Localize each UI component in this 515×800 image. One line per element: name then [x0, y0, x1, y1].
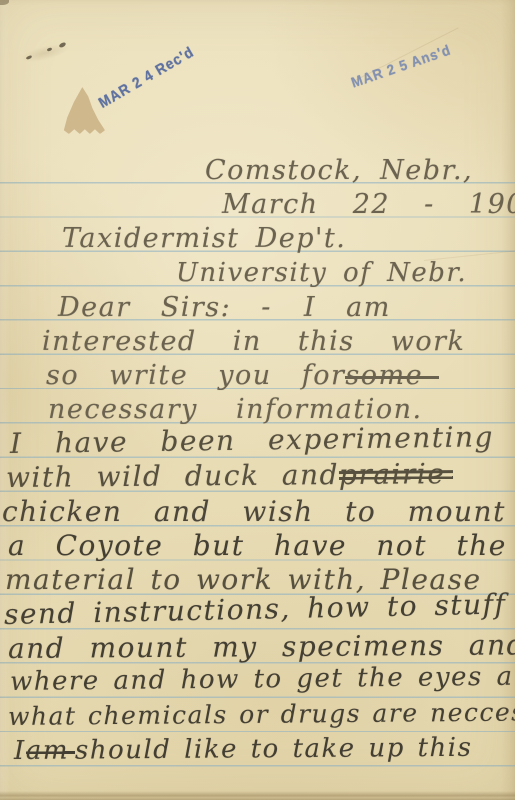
handwritten-line: March 22 - 1903	[222, 189, 515, 220]
handwritten-text: March 22 - 1903	[222, 189, 515, 220]
handwritten-text: Taxidermist Dep't.	[62, 223, 346, 254]
handwritten-line: Comstock, Nebr.,	[205, 155, 473, 186]
struck-word: prairie	[339, 457, 454, 491]
handwritten-line: I have been experimenting	[10, 420, 494, 460]
handwritten-line: University of Nebr.	[176, 258, 467, 288]
handwritten-line: chicken and wish to mount	[2, 495, 506, 528]
struck-word: am	[26, 736, 75, 766]
handwritten-text: necessary information.	[48, 394, 423, 425]
handwritten-line: interested in this work	[42, 326, 465, 357]
handwritten-text: I am	[304, 292, 391, 323]
struck-word: some	[345, 360, 439, 391]
handwritten-line: what chemicals or drugs are neccessary	[8, 697, 515, 731]
letter-scan-page: MAR 2 4 Rec'd MAR 2 5 Ans'd Comstock, Ne…	[0, 0, 515, 800]
handwritten-line: and mount my specimens and	[8, 628, 515, 665]
handwritten-text: where and how to get the eyes and	[10, 661, 515, 697]
handwritten-text: I have been experimenting	[10, 420, 494, 460]
handwriting-layer: Comstock, Nebr.,March 22 - 1903Taxidermi…	[0, 0, 515, 800]
handwritten-text: should like to take up this	[75, 733, 473, 766]
handwritten-text: chicken and wish to mount	[2, 495, 506, 528]
handwritten-line: with wild duck and prairie	[6, 457, 454, 494]
handwritten-line: a Coyote but have not the	[8, 529, 507, 562]
handwritten-text: and mount my specimens and	[8, 628, 515, 665]
handwritten-line: so write you for some	[46, 360, 439, 391]
handwritten-text: Comstock, Nebr.,	[205, 155, 473, 186]
handwritten-text: a Coyote but have not the	[8, 529, 507, 562]
handwritten-text: interested in this work	[42, 326, 465, 357]
handwritten-text: with wild duck and	[6, 458, 339, 494]
handwritten-text: Dear Sirs: -	[58, 292, 272, 323]
handwritten-line: Dear Sirs: -I am	[58, 292, 391, 323]
handwritten-line: Taxidermist Dep't.	[62, 223, 346, 254]
handwritten-line: necessary information.	[48, 394, 423, 425]
handwritten-text: so write you for	[46, 360, 345, 391]
handwritten-line: I am should like to take up this	[14, 733, 473, 766]
handwritten-text: what chemicals or drugs are neccessary	[8, 697, 515, 731]
handwritten-text: I	[14, 736, 26, 766]
handwritten-line: where and how to get the eyes and	[10, 661, 515, 697]
handwritten-text: University of Nebr.	[176, 258, 467, 288]
